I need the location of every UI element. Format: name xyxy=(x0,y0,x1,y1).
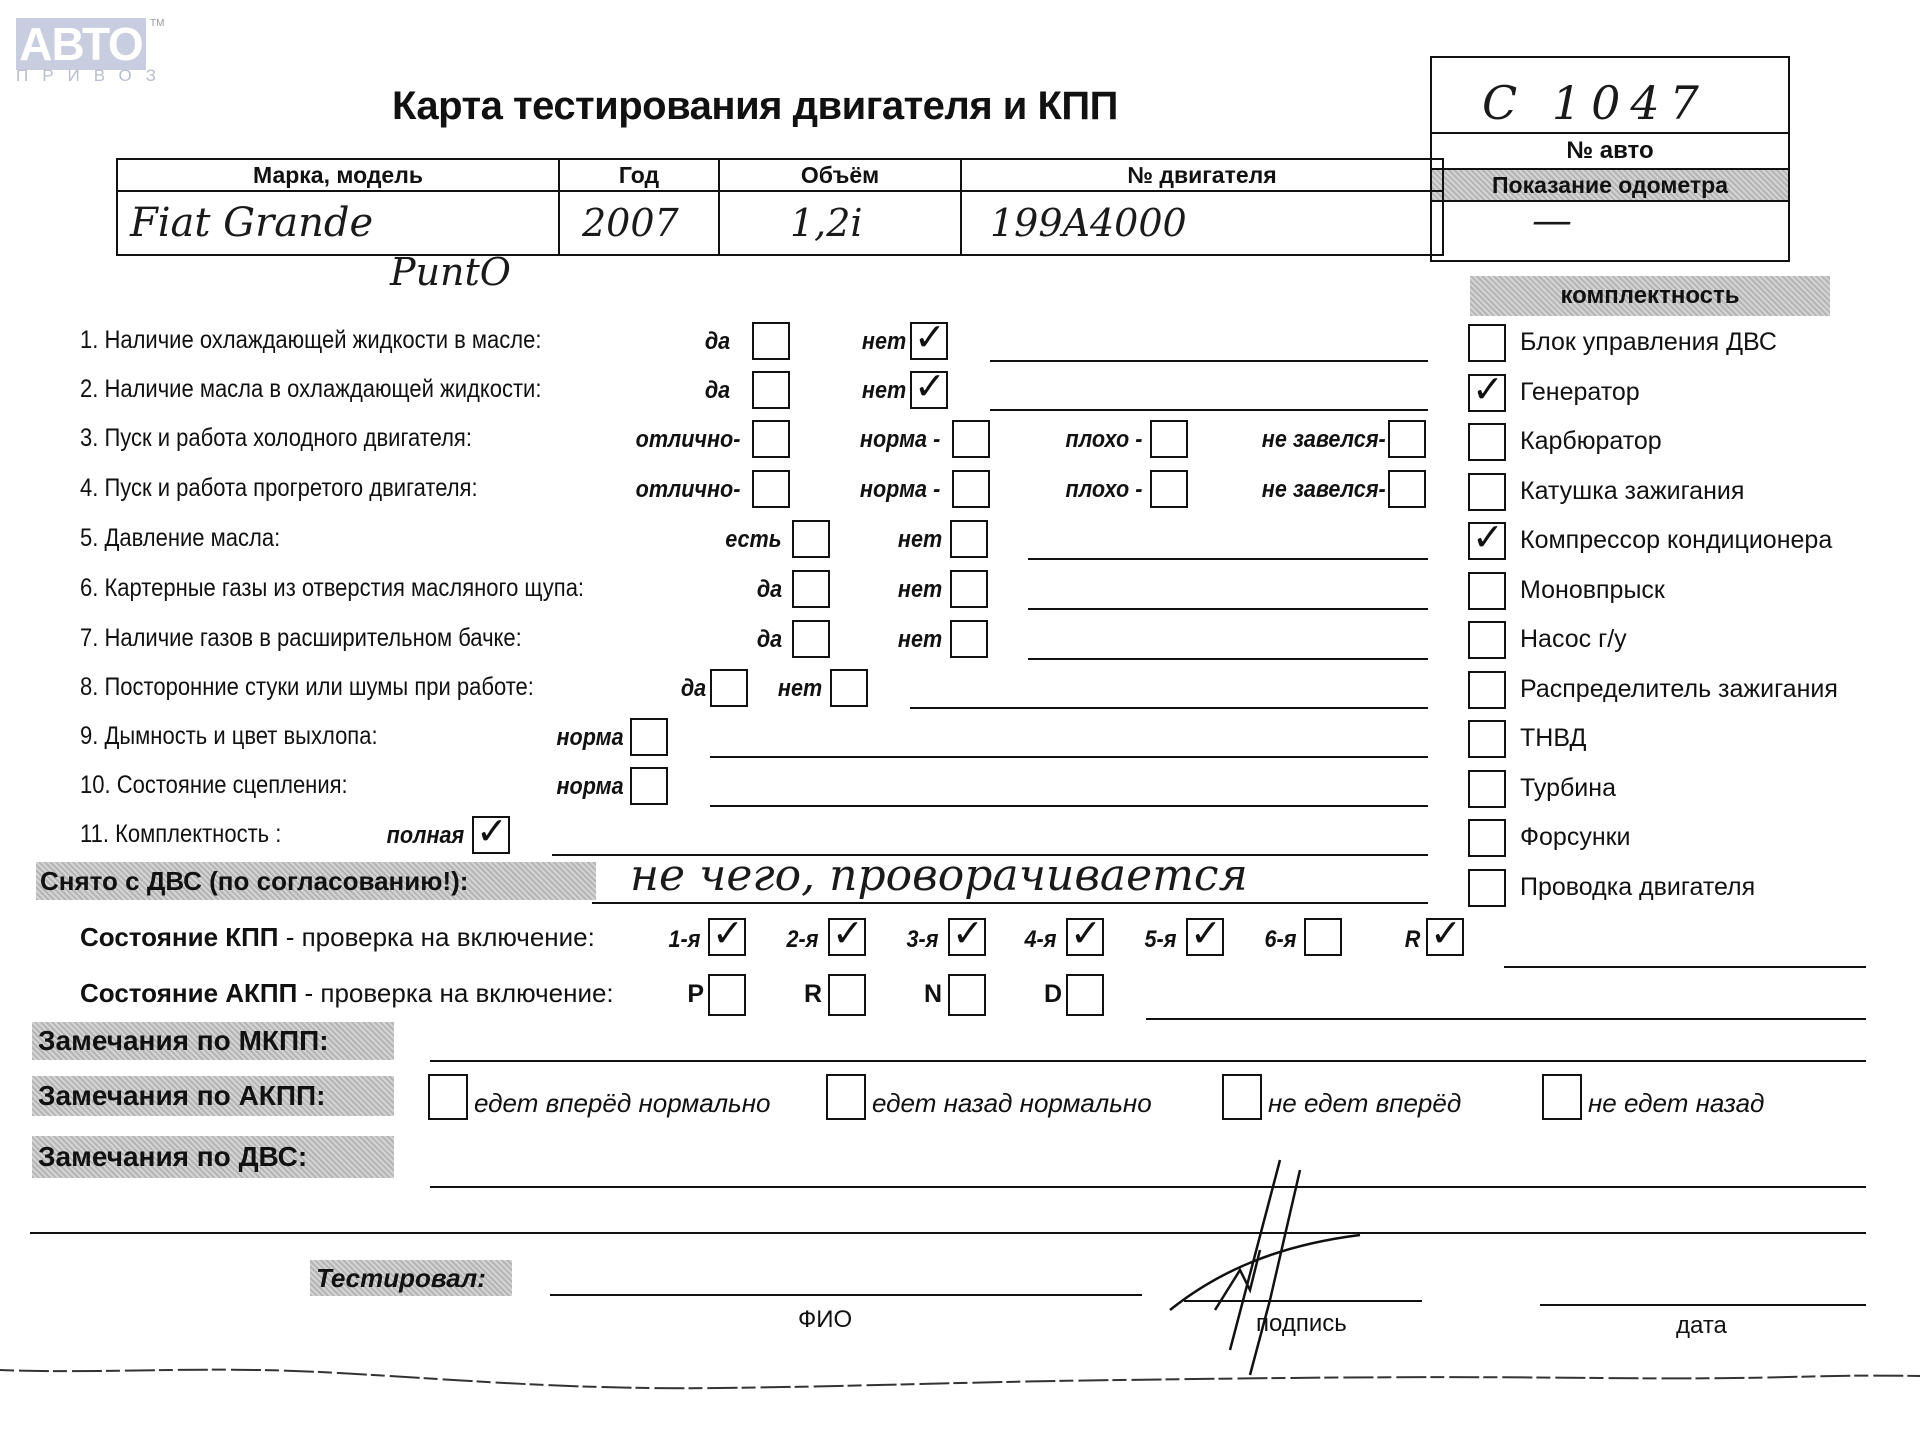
remarks-dvs-label: Замечания по ДВС: xyxy=(32,1136,394,1178)
check-row-4-checkbox[interactable] xyxy=(1150,470,1188,508)
check-row-text: Пуск и работа прогретого двигателя: xyxy=(104,474,477,502)
akpp-mode-label: R xyxy=(804,980,822,1009)
odometer-label: Показание одометра xyxy=(1432,168,1788,202)
logo-subtitle: ПРИВОЗ xyxy=(16,66,170,86)
akpp-mode-label: P xyxy=(687,980,704,1009)
akpp-mode-label: D xyxy=(1044,980,1062,1009)
completeness-item-label: Моновпрыск xyxy=(1520,576,1665,605)
check-row-5-option-label: есть xyxy=(726,526,782,554)
fio-line xyxy=(550,1294,1142,1296)
completeness-header: комплектность xyxy=(1470,276,1830,316)
completeness-checkbox[interactable] xyxy=(1468,621,1506,659)
check-row-6-option-label: да xyxy=(757,576,782,604)
kpp-gear-checkbox[interactable]: ✓ xyxy=(1066,918,1104,956)
check-row-6-option-label: нет xyxy=(898,576,942,604)
car-info-table: Марка, модель Год Объём № двигателя Fiat… xyxy=(116,158,1444,256)
check-row-7-label: 7. Наличие газов в расширительном бачке: xyxy=(80,624,522,653)
check-row-11-checkbox[interactable]: ✓ xyxy=(472,816,510,854)
check-row-9-label: 9. Дымность и цвет выхлопа: xyxy=(80,722,378,751)
check-row-8-checkbox[interactable] xyxy=(710,669,748,707)
check-row-text: Давление масла: xyxy=(104,524,280,552)
check-row-number: 1. xyxy=(80,326,98,354)
trademark-mark: TM xyxy=(150,18,164,29)
check-row-1-checkbox[interactable]: ✓ xyxy=(910,322,948,360)
check-row-4-checkbox[interactable] xyxy=(1388,470,1426,508)
completeness-item-label: Блок управления ДВС xyxy=(1520,328,1777,357)
check-row-number: 10. xyxy=(80,771,111,799)
checkmark-icon: ✓ xyxy=(1472,518,1504,556)
check-row-4-checkbox[interactable] xyxy=(752,470,790,508)
car-number-value: C 1047 xyxy=(1482,76,1709,130)
check-row-1-checkbox[interactable] xyxy=(752,322,790,360)
check-row-10-note-line xyxy=(710,805,1428,807)
check-row-9-note-line xyxy=(710,756,1428,758)
removed-underline xyxy=(592,902,1428,904)
completeness-item-label: Катушка зажигания xyxy=(1520,477,1744,506)
check-row-5-note-line xyxy=(1028,558,1428,560)
check-row-7-option-label: нет xyxy=(898,626,942,654)
check-row-4-option-label: плохо - xyxy=(1065,476,1142,504)
akpp-remark-checkbox[interactable] xyxy=(1222,1074,1262,1120)
checkmark-icon: ✓ xyxy=(712,914,744,952)
check-row-8-checkbox[interactable] xyxy=(830,669,868,707)
car-number-box: C 1047 № авто Показание одометра — xyxy=(1430,56,1790,262)
check-row-4-option-label: не завелся- xyxy=(1262,476,1386,504)
kpp-label-rest: - проверка на включение: xyxy=(279,922,595,952)
check-row-text: Наличие охлаждающей жидкости в масле: xyxy=(104,326,541,354)
check-row-2-checkbox[interactable]: ✓ xyxy=(910,371,948,409)
kpp-label: Состояние КПП - проверка на включение: xyxy=(80,922,595,953)
check-row-2-option-label: нет xyxy=(862,377,906,405)
fio-label: ФИО xyxy=(798,1306,852,1334)
check-row-5-label: 5. Давление масла: xyxy=(80,524,280,553)
checkmark-icon: ✓ xyxy=(1430,914,1462,952)
completeness-item-label: Проводка двигателя xyxy=(1520,873,1755,902)
kpp-gear-checkbox[interactable]: ✓ xyxy=(1186,918,1224,956)
check-row-10-checkbox[interactable] xyxy=(630,767,668,805)
check-row-6-note-line xyxy=(1028,608,1428,610)
completeness-checkbox[interactable] xyxy=(1468,671,1506,709)
check-row-3-checkbox[interactable] xyxy=(952,420,990,458)
check-row-text: Наличие газов в расширительном бачке: xyxy=(104,624,521,652)
check-row-5-checkbox[interactable] xyxy=(792,520,830,558)
kpp-underline xyxy=(1504,966,1866,968)
kpp-gear-label: R xyxy=(1404,926,1420,954)
completeness-checkbox[interactable] xyxy=(1468,324,1506,362)
akpp-mode-checkbox[interactable] xyxy=(1066,974,1104,1016)
year-value[interactable]: 2007 xyxy=(559,191,719,255)
check-row-4-option-label: отлично- xyxy=(635,476,740,504)
check-row-number: 9. xyxy=(80,722,98,750)
akpp-underline xyxy=(1146,1018,1866,1020)
akpp-remark-checkbox[interactable] xyxy=(826,1074,866,1120)
completeness-checkbox[interactable]: ✓ xyxy=(1468,522,1506,560)
make-model-value[interactable]: Fiat Grande xyxy=(117,191,559,255)
check-row-8-note-line xyxy=(910,707,1428,709)
odometer-value[interactable]: — xyxy=(1532,198,1572,244)
akpp-mode-label: N xyxy=(924,980,942,1009)
check-row-3-label: 3. Пуск и работа холодного двигателя: xyxy=(80,424,472,453)
completeness-checkbox[interactable] xyxy=(1468,423,1506,461)
completeness-checkbox[interactable] xyxy=(1468,869,1506,907)
col-engine-number: № двигателя xyxy=(961,159,1443,191)
check-row-number: 4. xyxy=(80,474,98,502)
check-row-1-option-label: да xyxy=(705,328,730,356)
completeness-item-label: Компрессор кондиционера xyxy=(1520,526,1832,555)
check-row-2-option-label: да xyxy=(705,377,730,405)
page-title: Карта тестирования двигателя и КПП xyxy=(392,84,1118,129)
col-make-model: Марка, модель xyxy=(117,159,559,191)
akpp-remark-label: едет вперёд нормально xyxy=(474,1088,770,1119)
completeness-item-label: Карбюратор xyxy=(1520,427,1662,456)
checkmark-icon: ✓ xyxy=(1472,370,1504,408)
removed-label: Снято с ДВС (по согласованию!): xyxy=(36,862,596,900)
check-row-text: Состояние сцепления: xyxy=(117,771,348,799)
completeness-checkbox[interactable] xyxy=(1468,770,1506,808)
akpp-remark-label: не едет назад xyxy=(1588,1088,1764,1119)
check-row-11-label: 11. Комплектность : xyxy=(80,820,281,849)
check-row-text: Наличие масла в охлаждающей жидкости: xyxy=(104,375,541,403)
check-row-7-checkbox[interactable] xyxy=(792,620,830,658)
check-row-7-checkbox[interactable] xyxy=(950,620,988,658)
remarks-dvs-line-1 xyxy=(430,1186,1866,1188)
akpp-mode-checkbox[interactable] xyxy=(828,974,866,1016)
check-row-number: 7. xyxy=(80,624,98,652)
completeness-item-label: Насос г/у xyxy=(1520,625,1627,654)
completeness-checkbox[interactable] xyxy=(1468,819,1506,857)
check-row-9-checkbox[interactable] xyxy=(630,718,668,756)
check-row-7-option-label: да xyxy=(757,626,782,654)
check-row-text: Комплектность : xyxy=(115,820,281,848)
check-row-number: 6. xyxy=(80,574,98,602)
akpp-label-rest: - проверка на включение: xyxy=(297,978,613,1008)
akpp-remark-label: едет назад нормально xyxy=(872,1088,1152,1119)
check-row-3-option-label: не завелся- xyxy=(1262,426,1386,454)
akpp-remark-checkbox[interactable] xyxy=(1542,1074,1582,1120)
akpp-remark-checkbox[interactable] xyxy=(428,1074,468,1120)
check-row-4-label: 4. Пуск и работа прогретого двигателя: xyxy=(80,474,478,503)
checkmark-icon: ✓ xyxy=(832,914,864,952)
kpp-gear-label: 1-я xyxy=(668,926,700,954)
checkmark-icon: ✓ xyxy=(952,914,984,952)
completeness-checkbox[interactable] xyxy=(1468,720,1506,758)
completeness-checkbox[interactable] xyxy=(1468,473,1506,511)
kpp-gear-label: 6-я xyxy=(1264,926,1296,954)
checkmark-icon: ✓ xyxy=(914,318,946,356)
kpp-gear-checkbox[interactable]: ✓ xyxy=(948,918,986,956)
checkmark-icon: ✓ xyxy=(914,367,946,405)
remarks-dvs-line-2 xyxy=(30,1232,1866,1234)
signature-scribble xyxy=(1160,1150,1380,1390)
checkmark-icon: ✓ xyxy=(1070,914,1102,952)
removed-value[interactable]: не чего, проворачивается xyxy=(630,850,1248,901)
akpp-remark-label: не едет вперёд xyxy=(1268,1088,1461,1119)
check-row-8-label: 8. Посторонние стуки или шумы при работе… xyxy=(80,673,534,702)
completeness-item-label: ТНВД xyxy=(1520,724,1586,753)
car-number-label: № авто xyxy=(1432,132,1788,168)
check-row-4-option-label: норма - xyxy=(860,476,940,504)
model-extra-value: PuntO xyxy=(390,250,511,294)
check-row-2-note-line xyxy=(990,409,1428,411)
kpp-gear-checkbox[interactable]: ✓ xyxy=(828,918,866,956)
completeness-checkbox[interactable]: ✓ xyxy=(1468,374,1506,412)
check-row-5-checkbox[interactable] xyxy=(950,520,988,558)
date-label: дата xyxy=(1676,1312,1727,1340)
check-row-1-option-label: нет xyxy=(862,328,906,356)
check-row-1-note-line xyxy=(990,360,1428,362)
remarks-akpp-label: Замечания по АКПП: xyxy=(32,1076,394,1116)
check-row-2-checkbox[interactable] xyxy=(752,371,790,409)
check-row-10-option-label: норма xyxy=(557,773,624,801)
check-row-6-checkbox[interactable] xyxy=(950,570,988,608)
check-row-9-option-label: норма xyxy=(557,724,624,752)
check-row-10-label: 10. Состояние сцепления: xyxy=(80,771,348,800)
check-row-11-option-label: полная xyxy=(386,822,464,850)
check-row-8-option-label: нет xyxy=(778,675,822,703)
remarks-mkpp-line xyxy=(430,1060,1866,1062)
akpp-mode-checkbox[interactable] xyxy=(708,974,746,1016)
check-row-3-checkbox[interactable] xyxy=(1150,420,1188,458)
kpp-gear-checkbox[interactable] xyxy=(1304,918,1342,956)
kpp-gear-checkbox[interactable]: ✓ xyxy=(1426,918,1464,956)
check-row-text: Посторонние стуки или шумы при работе: xyxy=(104,673,533,701)
completeness-checkbox[interactable] xyxy=(1468,572,1506,610)
completeness-item-label: Генератор xyxy=(1520,378,1640,407)
check-row-7-note-line xyxy=(1028,658,1428,660)
check-row-number: 8. xyxy=(80,673,98,701)
akpp-label-bold: Состояние АКПП xyxy=(80,978,297,1008)
kpp-gear-label: 3-я xyxy=(906,926,938,954)
check-row-number: 11. xyxy=(80,820,109,848)
check-row-2-label: 2. Наличие масла в охлаждающей жидкости: xyxy=(80,375,541,404)
col-year: Год xyxy=(559,159,719,191)
check-row-3-checkbox[interactable] xyxy=(752,420,790,458)
check-row-8-option-label: да xyxy=(681,675,706,703)
kpp-gear-checkbox[interactable]: ✓ xyxy=(708,918,746,956)
kpp-gear-label: 2-я xyxy=(786,926,818,954)
check-row-6-checkbox[interactable] xyxy=(792,570,830,608)
engine-number-value[interactable]: 199A4000 xyxy=(961,191,1443,255)
checkmark-icon: ✓ xyxy=(1190,914,1222,952)
kpp-gear-label: 5-я xyxy=(1144,926,1176,954)
check-row-1-label: 1. Наличие охлаждающей жидкости в масле: xyxy=(80,326,541,355)
check-row-3-option-label: норма - xyxy=(860,426,940,454)
checkmark-icon: ✓ xyxy=(476,812,508,850)
check-row-6-label: 6. Картерные газы из отверстия масляного… xyxy=(80,574,584,603)
check-row-number: 5. xyxy=(80,524,98,552)
date-line xyxy=(1540,1304,1866,1306)
akpp-mode-checkbox[interactable] xyxy=(948,974,986,1016)
completeness-item-label: Форсунки xyxy=(1520,823,1631,852)
check-row-3-option-label: плохо - xyxy=(1065,426,1142,454)
tested-by-label: Тестировал: xyxy=(310,1260,512,1296)
logo: АВТО xyxy=(16,18,146,70)
kpp-gear-label: 4-я xyxy=(1024,926,1056,954)
akpp-label: Состояние АКПП - проверка на включение: xyxy=(80,978,614,1009)
col-volume: Объём xyxy=(719,159,961,191)
check-row-3-checkbox[interactable] xyxy=(1388,420,1426,458)
check-row-5-option-label: нет xyxy=(898,526,942,554)
check-row-3-option-label: отлично- xyxy=(635,426,740,454)
check-row-number: 2. xyxy=(80,375,98,403)
check-row-number: 3. xyxy=(80,424,98,452)
completeness-item-label: Распределитель зажигания xyxy=(1520,675,1838,704)
check-row-4-checkbox[interactable] xyxy=(952,470,990,508)
volume-value[interactable]: 1,2i xyxy=(719,191,961,255)
check-row-text: Картерные газы из отверстия масляного щу… xyxy=(104,574,584,602)
completeness-item-label: Турбина xyxy=(1520,774,1616,803)
check-row-text: Дымность и цвет выхлопа: xyxy=(104,722,377,750)
check-row-text: Пуск и работа холодного двигателя: xyxy=(104,424,471,452)
kpp-label-bold: Состояние КПП xyxy=(80,922,279,952)
paper-edge xyxy=(0,1360,1920,1400)
remarks-mkpp-label: Замечания по МКПП: xyxy=(32,1022,394,1060)
